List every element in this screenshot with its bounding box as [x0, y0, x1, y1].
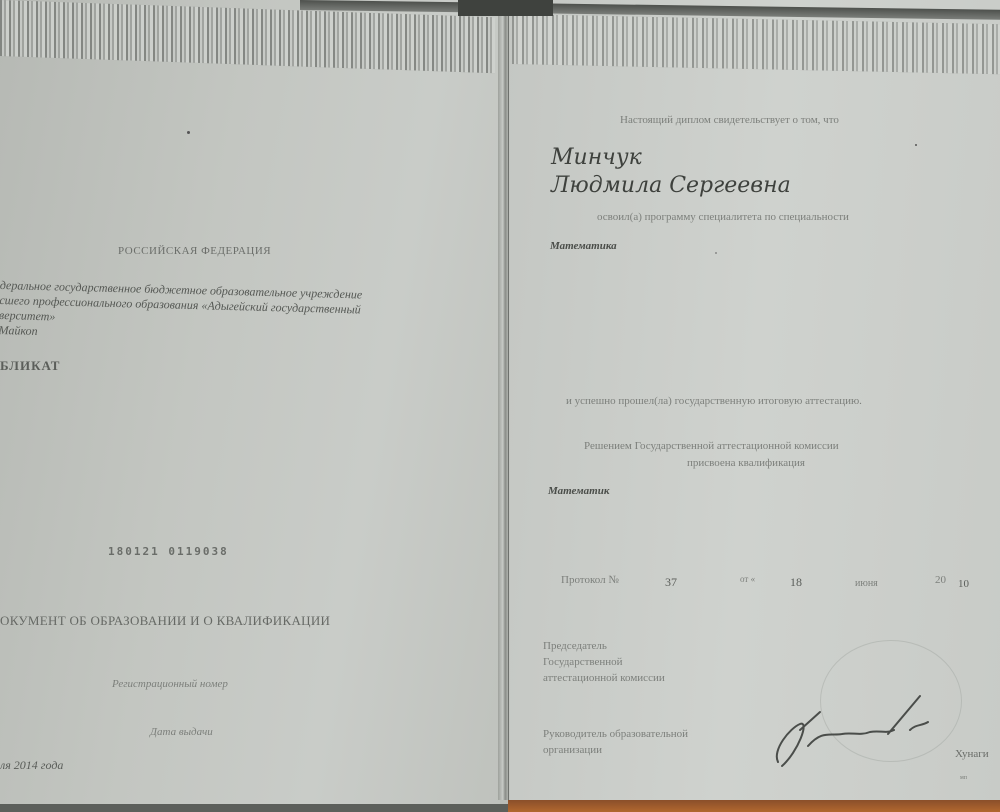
head-label-line: организации [543, 742, 688, 758]
rector-name-truncated: Хунаги [955, 748, 989, 760]
qualification: Математик [548, 485, 609, 497]
document-title: ОКУМЕНТ ОБ ОБРАЗОВАНИИ И О КВАЛИФИКАЦИИ [0, 613, 330, 629]
country-heading: РОССИЙСКАЯ ФЕДЕРАЦИЯ [118, 245, 271, 257]
table-edge-left [0, 804, 508, 812]
chair-label-line: аттестационной комиссии [543, 670, 665, 686]
speck [187, 131, 190, 134]
protocol-day: 18 [790, 575, 802, 590]
institution-name: дерaльное государственное бюджетное обра… [0, 278, 362, 347]
chair-label-line: Председатель [543, 638, 665, 654]
specialty: Математика [550, 240, 617, 252]
head-label-line: Руководитель образовательной [543, 726, 688, 742]
spine-line [508, 0, 509, 800]
issue-date-label: Дата выдачи [150, 726, 213, 738]
speck [715, 252, 717, 254]
surname: Минчук [551, 145, 642, 170]
chair-label-line: Государственной [543, 654, 665, 670]
signature [770, 690, 950, 775]
attestation-line: и успешно прошел(ла) государственную ито… [566, 395, 862, 407]
program-line: освоил(а) программу специалитета по спец… [597, 211, 849, 223]
small-mark: мп [960, 775, 967, 781]
binding-clip [458, 0, 553, 16]
left-page [0, 0, 500, 812]
guilloche-band-right [512, 14, 1000, 74]
protocol-year-prefix: 20 [935, 574, 946, 586]
diploma-intro: Настоящий диплом свидетельствует о том, … [620, 114, 839, 126]
organization-head-label: Руководитель образовательной организации [543, 726, 688, 758]
registration-number-label: Регистрационный номер [112, 678, 228, 690]
commission-chair-label: Председатель Государственной аттестацион… [543, 638, 665, 686]
protocol-number: 37 [665, 575, 677, 590]
speck [915, 144, 917, 146]
duplicate-label: БЛИКАТ [0, 358, 60, 374]
commission-line-1: Решением Государственной аттестационной … [584, 440, 839, 452]
given-names: Людмила Сергеевна [551, 173, 791, 198]
serial-number: 180121 0119038 [108, 545, 229, 558]
protocol-label: Протокол № [561, 574, 619, 586]
commission-line-2: присвоена квалификация [687, 457, 805, 469]
protocol-month: июня [855, 578, 878, 589]
table-edge [508, 800, 1000, 812]
issue-date-value: ля 2014 года [0, 758, 63, 773]
protocol-year: 10 [958, 578, 969, 590]
protocol-from-label: от « [740, 574, 755, 584]
